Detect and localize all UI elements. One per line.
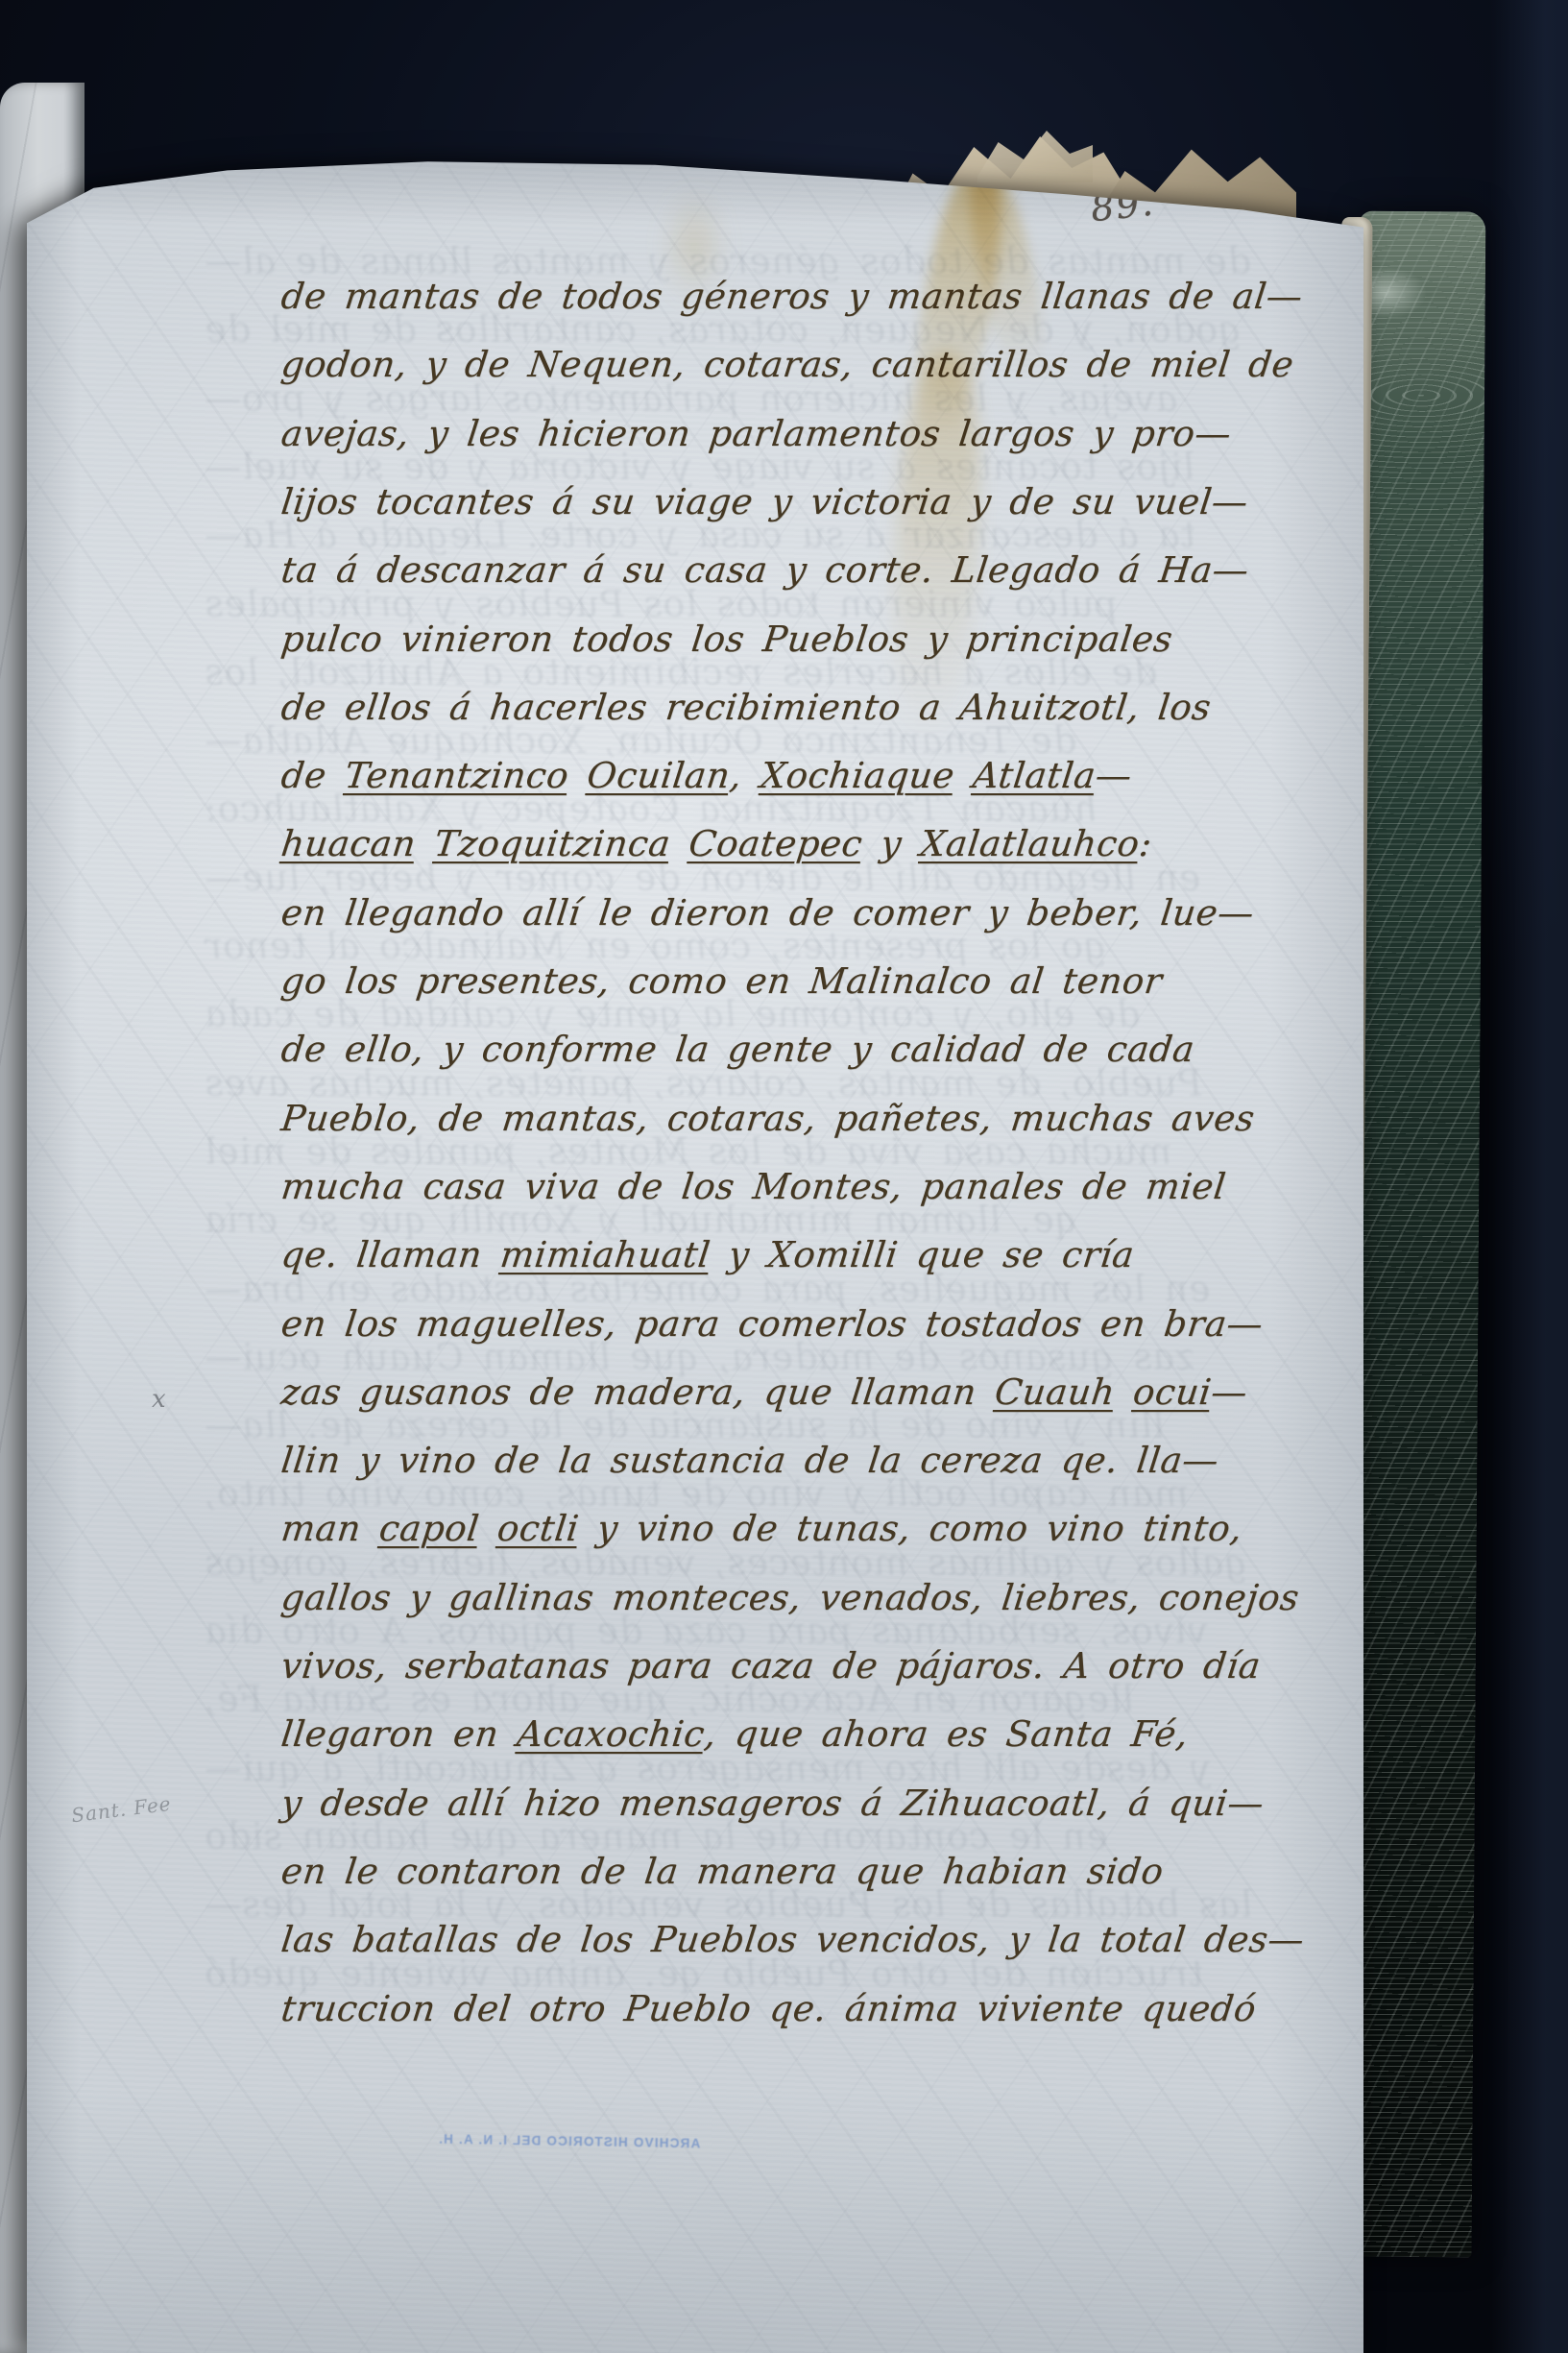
manuscript-line: truccion del otro Pueblo qe. ánima vivie… xyxy=(278,1985,1259,2033)
underlined-word: mimiahuatl xyxy=(498,1234,713,1275)
manuscript-line: avejas, y les hicieron parlamentos largo… xyxy=(278,410,1234,458)
manuscript-line: de Tenantzinco Ocuilan, Xochiaque Atlatl… xyxy=(278,752,1135,800)
manuscript-line: go los presentes, como en Malinalco al t… xyxy=(278,958,1165,1006)
page-number: 89. xyxy=(1089,182,1157,230)
underlined-word: Xochiaque xyxy=(758,755,956,796)
manuscript-line: man capol octli y vino de tunas, como vi… xyxy=(278,1505,1245,1553)
underlined-word: Ocuilan xyxy=(585,755,733,796)
manuscript-line: las batallas de los Pueblos vencidos, y … xyxy=(278,1916,1307,1964)
manuscript-line: y desde allí hizo mensageros á Zihuacoat… xyxy=(278,1780,1266,1828)
underlined-word: Tzoquitzinca xyxy=(432,823,673,864)
manuscript-text: de mantas de todos géneros y mantas llan… xyxy=(27,159,1363,2353)
manuscript-line: godon, y de Nequen, cotaras, cantarillos… xyxy=(278,341,1296,389)
manuscript-line: ta á descanzar á su casa y corte. Llegad… xyxy=(278,546,1252,594)
underlined-word: Cuauh xyxy=(993,1371,1118,1413)
page-wrapper: de mantas de todos géneros y mantas llan… xyxy=(0,0,1568,2353)
underlined-word: Tenantzinco xyxy=(343,755,571,796)
manuscript-line: llin y vino de la sustancia de la cereza… xyxy=(278,1437,1221,1485)
underlined-word: Acaxochic xyxy=(515,1713,707,1755)
manuscript-line: pulco vinieron todos los Pueblos y princ… xyxy=(278,616,1175,664)
manuscript-line: lijos tocantes á su viage y victoria y d… xyxy=(278,478,1251,526)
manuscript-line: gallos y gallinas monteces, venados, lie… xyxy=(278,1574,1302,1622)
manuscript-line: en llegando allí le dieron de comer y be… xyxy=(278,889,1257,937)
manuscript-line: mucha casa viva de los Montes, panales d… xyxy=(278,1163,1229,1211)
manuscript-line: llegaron en Acaxochic, que ahora es Sant… xyxy=(278,1710,1192,1759)
manuscript-line: en le contaron de la manera que habian s… xyxy=(278,1848,1167,1896)
manuscript-line: de ello, y conforme la gente y calidad d… xyxy=(278,1026,1197,1074)
underlined-word: Atlatla xyxy=(971,755,1098,796)
manuscript-page: de mantas de todos géneros y mantas llan… xyxy=(27,159,1363,2353)
manuscript-line: huacan Tzoquitzinca Coatepec y Xalatlauh… xyxy=(278,820,1155,868)
manuscript-line: de mantas de todos géneros y mantas llan… xyxy=(278,273,1306,321)
margin-cross-mark: x xyxy=(152,1385,166,1414)
underlined-word: Coatepec xyxy=(687,823,865,864)
manuscript-line: vivos, serbatanas para caza de pájaros. … xyxy=(278,1642,1264,1690)
underlined-word: Xalatlauhco xyxy=(918,823,1143,864)
manuscript-line: zas gusanos de madera, que llaman Cuauh … xyxy=(278,1369,1250,1417)
manuscript-line: Pueblo, de mantas, cotaras, pañetes, muc… xyxy=(278,1095,1258,1143)
manuscript-line: de ellos á hacerles recibimiento a Ahuit… xyxy=(278,684,1214,732)
manuscript-line: en los maguelles, para comerlos tostados… xyxy=(278,1300,1266,1348)
underlined-word: ocui xyxy=(1131,1371,1214,1413)
underlined-word: capol xyxy=(377,1508,482,1549)
manuscript-line: qe. llaman mimiahuatl y Xomilli que se c… xyxy=(278,1231,1137,1279)
underlined-word: huacan xyxy=(278,823,418,864)
underlined-word: octli xyxy=(495,1508,582,1549)
